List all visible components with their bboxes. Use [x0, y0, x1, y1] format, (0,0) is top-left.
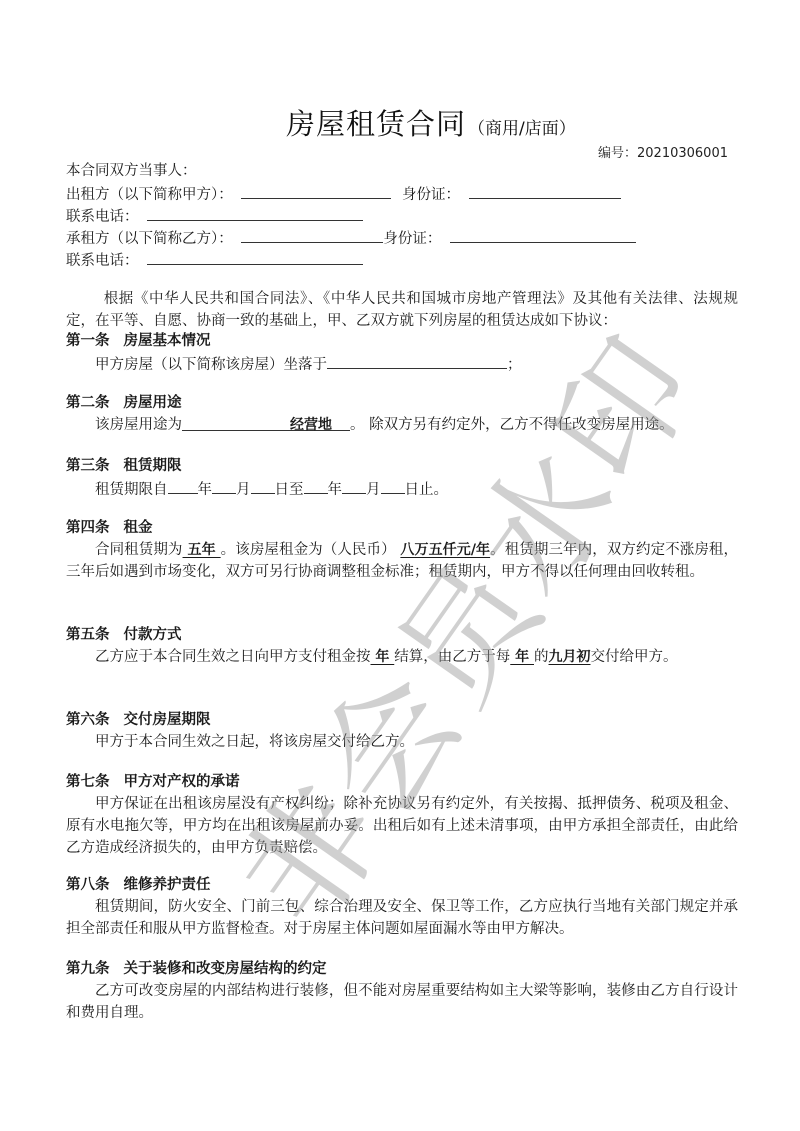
article-8-body: 租赁期间，防火安全、门前三包、综合治理及安全、保卫等工作，乙方应执行当地有关部门… — [66, 896, 738, 940]
article-5-text-1: 乙方应于本合同生效之日向甲方支付租金按 — [95, 649, 371, 665]
payment-frequency-value[interactable]: 年 — [510, 649, 534, 665]
article-2-body: 该房屋用途为经营地。 除双方另有约定外，乙方不得任改变房屋用途。 — [66, 414, 738, 436]
article-4-text-1: 合同租赁期为 — [95, 542, 183, 558]
lessee-row: 承租方（以下简称乙方）： 身份证： — [66, 226, 636, 250]
article-5-title: 付款方式 — [124, 627, 182, 643]
article-1-body: 甲方房屋（以下简称该房屋）坐落于； — [66, 352, 738, 376]
lessor-phone-label: 联系电话： — [66, 209, 139, 225]
lessee-label: 承租方（以下简称乙方）： — [66, 231, 233, 247]
end-month-field[interactable] — [342, 477, 366, 494]
property-location-field[interactable] — [327, 352, 507, 369]
lease-period-value[interactable]: 五年 — [183, 542, 221, 558]
article-4-title: 租金 — [124, 520, 153, 536]
lessor-name-field[interactable] — [241, 182, 391, 199]
article-3-heading: 第三条租赁期限 — [66, 455, 182, 477]
parties-intro: 本合同双方当事人： — [66, 160, 197, 182]
article-9-heading: 第九条关于装修和改变房屋结构的约定 — [66, 958, 327, 980]
lessee-phone-label: 联系电话： — [66, 253, 139, 269]
start-year-field[interactable] — [168, 477, 198, 494]
lessee-phone-field[interactable] — [147, 248, 363, 265]
article-5-text-2: 结算，由乙方于每 — [394, 649, 510, 665]
day-end-label: 日止。 — [405, 482, 449, 498]
article-2-title: 房屋用途 — [124, 395, 182, 411]
article-7-number: 第七条 — [66, 774, 110, 790]
article-1-text: 甲方房屋（以下简称该房屋）坐落于 — [95, 357, 327, 373]
article-2-text: 该房屋用途为 — [95, 417, 182, 433]
start-day-field[interactable] — [251, 477, 275, 494]
day-to-label: 日至 — [275, 482, 304, 498]
lessee-phone-row: 联系电话： — [66, 248, 363, 272]
article-9-number: 第九条 — [66, 961, 110, 977]
lessee-id-field[interactable] — [450, 226, 636, 243]
year-label: 年 — [328, 482, 343, 498]
property-use-field[interactable]: 经营地 — [182, 414, 350, 431]
article-1-heading: 第一条房屋基本情况 — [66, 330, 211, 352]
title-subtitle: （商用/店面） — [468, 119, 576, 139]
month-label: 月 — [236, 482, 251, 498]
lease-term-text: 租赁期限自 — [95, 482, 168, 498]
year-label: 年 — [198, 482, 213, 498]
lessee-id-label: 身份证： — [383, 231, 441, 247]
article-5-number: 第五条 — [66, 627, 110, 643]
article-1-number: 第一条 — [66, 333, 110, 349]
article-4-text-2: 。该房屋租金为（人民币） — [221, 542, 401, 558]
article-1-title: 房屋基本情况 — [124, 333, 211, 349]
end-day-field[interactable] — [381, 477, 405, 494]
end-year-field[interactable] — [304, 477, 328, 494]
article-4-number: 第四条 — [66, 520, 110, 536]
article-3-number: 第三条 — [66, 458, 110, 474]
article-5-heading: 第五条付款方式 — [66, 624, 182, 646]
start-month-field[interactable] — [212, 477, 236, 494]
settlement-period-value[interactable]: 年 — [371, 649, 395, 665]
contract-page: 房屋租赁合同（商用/店面） 编号：20210306001 本合同双方当事人： 出… — [0, 0, 800, 1131]
article-1-text-end: ； — [507, 357, 522, 373]
article-3-title: 租赁期限 — [124, 458, 182, 474]
month-label: 月 — [366, 482, 381, 498]
article-9-title: 关于装修和改变房屋结构的约定 — [124, 961, 327, 977]
lessee-name-field[interactable] — [241, 226, 383, 243]
article-5-body: 乙方应于本合同生效之日向甲方支付租金按 年 结算，由乙方于每 年 的九月初交付给… — [66, 646, 738, 668]
article-7-heading: 第七条甲方对产权的承诺 — [66, 771, 240, 793]
article-2-text-end: 。 除双方另有约定外，乙方不得任改变房屋用途。 — [350, 417, 674, 433]
article-4-body: 合同租赁期为 五年 。该房屋租金为（人民币） 八万五仟元/年。租赁期三年内，双方… — [66, 539, 738, 583]
payment-date-value[interactable]: 九月初 — [549, 649, 591, 665]
article-5-text-4: 交付给甲方。 — [591, 649, 678, 665]
article-4-heading: 第四条租金 — [66, 517, 153, 539]
article-8-title: 维修养护责任 — [124, 877, 211, 893]
article-8-number: 第八条 — [66, 877, 110, 893]
article-7-body: 甲方保证在出租该房屋没有产权纠纷；除补充协议另有约定外，有关按揭、抵押债务、税项… — [66, 793, 738, 859]
article-3-body: 租赁期限自年月日至年月日止。 — [66, 477, 738, 501]
lessor-phone-row: 联系电话： — [66, 204, 363, 228]
lessor-label: 出租方（以下简称甲方）： — [66, 187, 233, 203]
article-6-number: 第六条 — [66, 712, 110, 728]
lessor-id-label: 身份证： — [402, 187, 460, 203]
document-number-label: 编号： — [598, 146, 637, 161]
rent-amount-value[interactable]: 八万五仟元/年 — [400, 542, 490, 558]
title-main: 房屋租赁合同 — [286, 107, 466, 141]
article-2-heading: 第二条房屋用途 — [66, 392, 182, 414]
property-use-value: 经营地 — [290, 417, 332, 433]
article-6-heading: 第六条交付房屋期限 — [66, 709, 211, 731]
article-6-body: 甲方于本合同生效之日起，将该房屋交付给乙方。 — [66, 731, 738, 753]
preamble: 根据《中华人民共和国合同法》、《中华人民共和国城市房地产管理法》及其他有关法律、… — [66, 288, 738, 332]
article-7-title: 甲方对产权的承诺 — [124, 774, 240, 790]
article-9-body: 乙方可改变房屋的内部结构进行装修，但不能对房屋重要结构如主大梁等影响，装修由乙方… — [66, 980, 738, 1024]
document-number-value: 20210306001 — [637, 146, 728, 161]
document-number: 编号：20210306001 — [598, 142, 728, 161]
article-6-title: 交付房屋期限 — [124, 712, 211, 728]
lessor-id-field[interactable] — [469, 182, 621, 199]
lessor-phone-field[interactable] — [147, 204, 363, 221]
article-8-heading: 第八条维修养护责任 — [66, 874, 211, 896]
document-title: 房屋租赁合同（商用/店面） — [286, 102, 576, 143]
lessor-row: 出租方（以下简称甲方）： 身份证： — [66, 182, 621, 206]
article-2-number: 第二条 — [66, 395, 110, 411]
article-5-text-3: 的 — [534, 649, 549, 665]
